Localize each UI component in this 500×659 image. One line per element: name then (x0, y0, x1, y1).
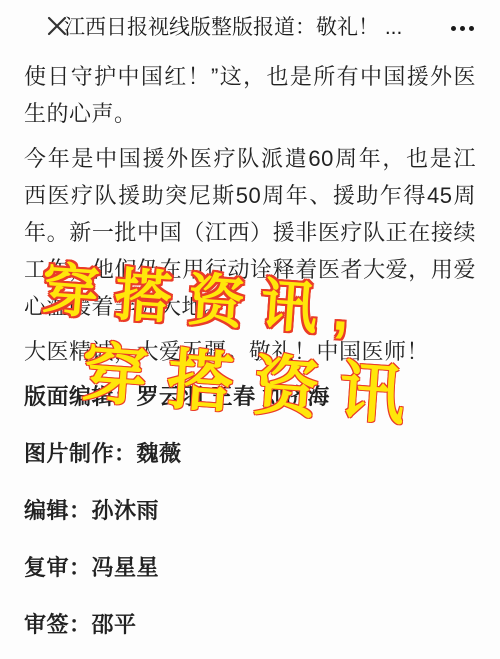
article-body: 使日守护中国红！”这，也是所有中国援外医生的心声。 今年是中国援外医疗队派遣60… (0, 55, 500, 643)
page-title: 江西日报视线版整版报道：敬礼！ ... (64, 0, 430, 55)
credit-line-reviewer: 复审：冯星星 (24, 549, 476, 586)
article-paragraph: 使日守护中国红！”这，也是所有中国援外医生的心声。 (24, 58, 476, 132)
ellipsis-menu-icon (460, 26, 465, 31)
ellipsis-menu-icon (451, 26, 456, 31)
credit-line-image-production: 图片制作：魏薇 (24, 435, 476, 472)
ellipsis-menu-icon (469, 26, 474, 31)
credit-line-approver: 审签：邵平 (24, 606, 476, 643)
credit-line-layout-editor: 版面编辑：罗云羽 王春 刘济海 (24, 378, 476, 415)
article-paragraph: 大医精诚，大爱无疆。敬礼！中国医师！ (24, 333, 476, 370)
more-menu-button[interactable] (442, 14, 482, 42)
credit-line-editor: 编辑：孙沐雨 (24, 492, 476, 529)
header-bar: 江西日报视线版整版报道：敬礼！ ... (0, 0, 500, 55)
article-paragraph: 今年是中国援外医疗队派遣60周年，也是江西医疗队援助突尼斯50周年、援助乍得45… (24, 140, 476, 325)
